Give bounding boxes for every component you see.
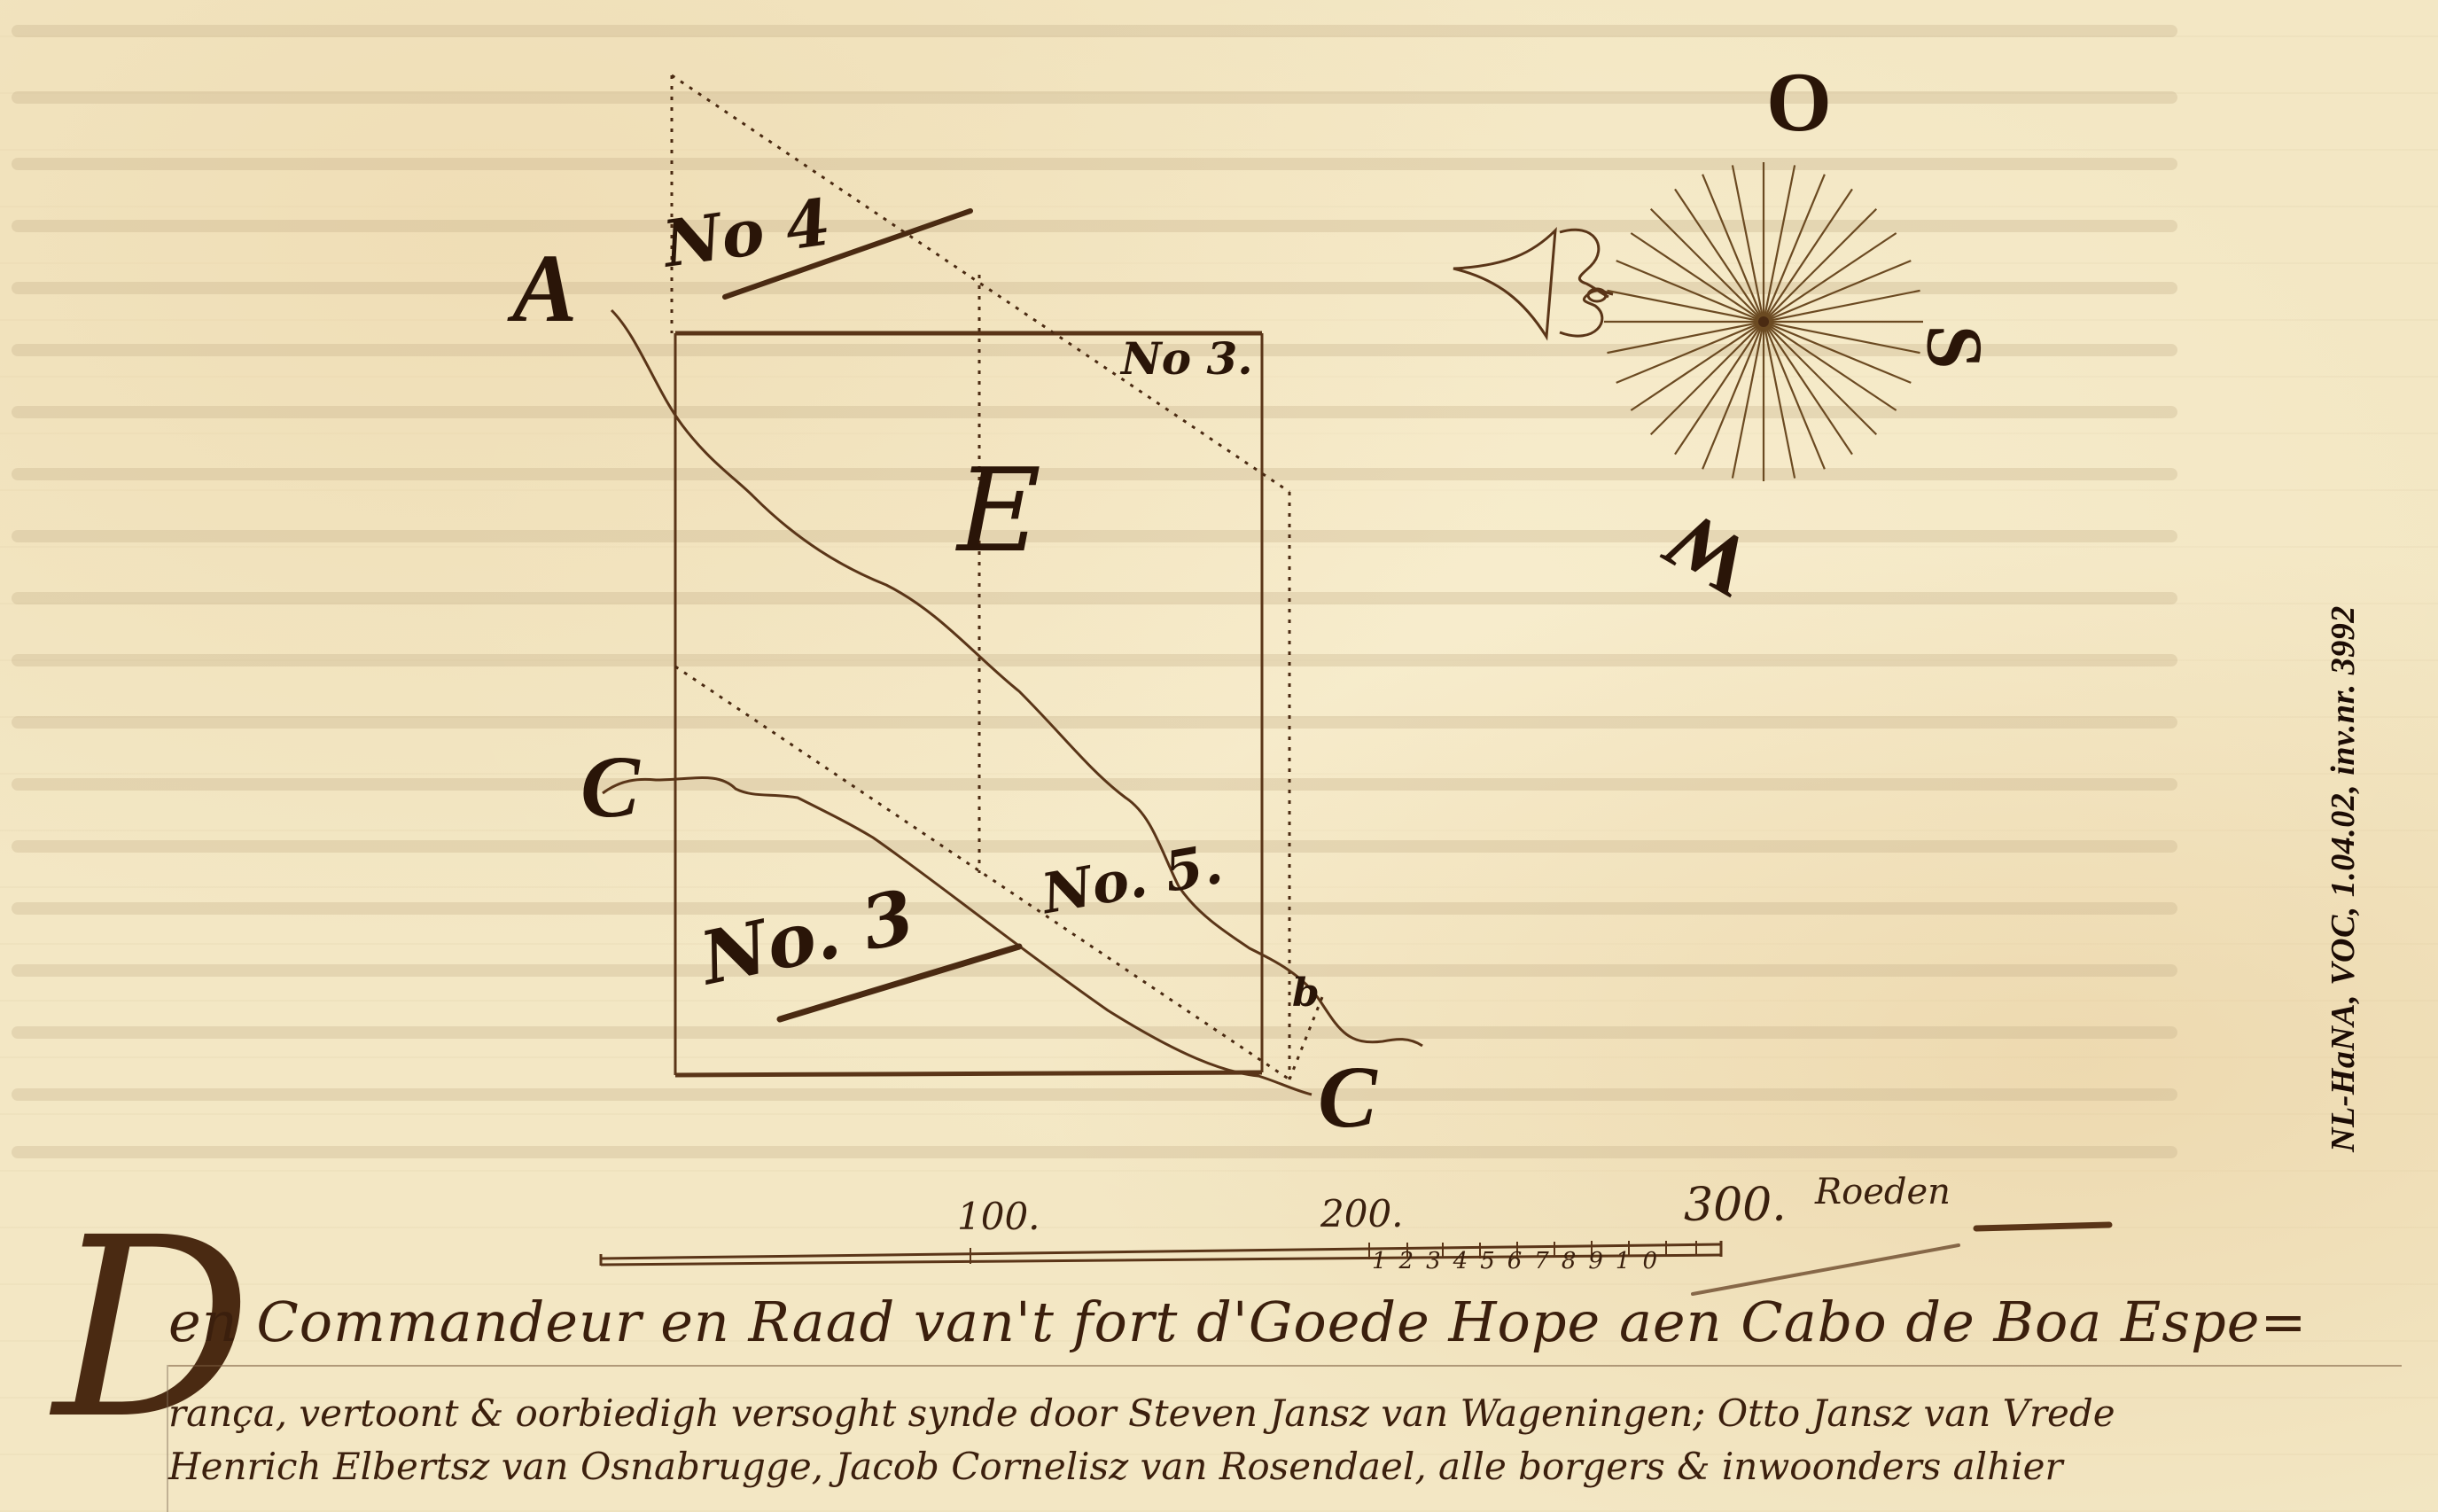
plot-number-3-top: No 3.	[1121, 332, 1253, 385]
scale-label-100: 100.	[957, 1195, 1040, 1238]
scale-sub-6: 6	[1507, 1248, 1535, 1274]
point-label-c-right: C	[1318, 1046, 1377, 1148]
point-label-e: E	[957, 443, 1041, 578]
scale-sub-5: 5	[1480, 1248, 1507, 1274]
point-label-b: b	[1292, 970, 1320, 1016]
scale-label-300: 300.	[1684, 1179, 1787, 1232]
scale-sub-9: 9	[1588, 1248, 1616, 1274]
archive-reference: NL-HaNA, VOC, 1.04.02, inv.nr. 3992	[2324, 605, 2363, 1152]
scale-sub-4: 4	[1453, 1248, 1481, 1274]
point-label-a: A	[512, 232, 577, 345]
margin-rule	[167, 1365, 168, 1512]
compass-south-label: S	[1909, 324, 2000, 369]
scale-sub-3: 3	[1426, 1248, 1453, 1274]
scale-unit-label: Roeden	[1815, 1172, 1951, 1212]
document-heading: en Commandeur en Raad van't fort d'Goede…	[168, 1290, 2307, 1354]
bleed-through-text	[18, 31, 2171, 1152]
text-line-1: rança, vertoont & oorbiedigh versoght sy…	[168, 1391, 2115, 1435]
compass-east-label: O	[1766, 53, 1832, 151]
text-line-2: Henrich Elbertsz van Osnabrugge, Jacob C…	[168, 1445, 2063, 1488]
scale-label-200: 200.	[1320, 1192, 1404, 1235]
point-label-c-left: C	[580, 736, 640, 838]
scale-sub-1: 1	[1372, 1248, 1399, 1274]
scale-sub-8: 8	[1562, 1248, 1589, 1274]
survey-map-drawing	[0, 0, 2438, 1512]
scale-sub-10: 10	[1616, 1248, 1670, 1274]
scale-sub-7: 7	[1534, 1248, 1562, 1274]
scale-subdivisions: 12345678910	[1372, 1248, 1670, 1274]
heading-underline	[168, 1365, 2402, 1367]
scale-sub-2: 2	[1399, 1248, 1427, 1274]
